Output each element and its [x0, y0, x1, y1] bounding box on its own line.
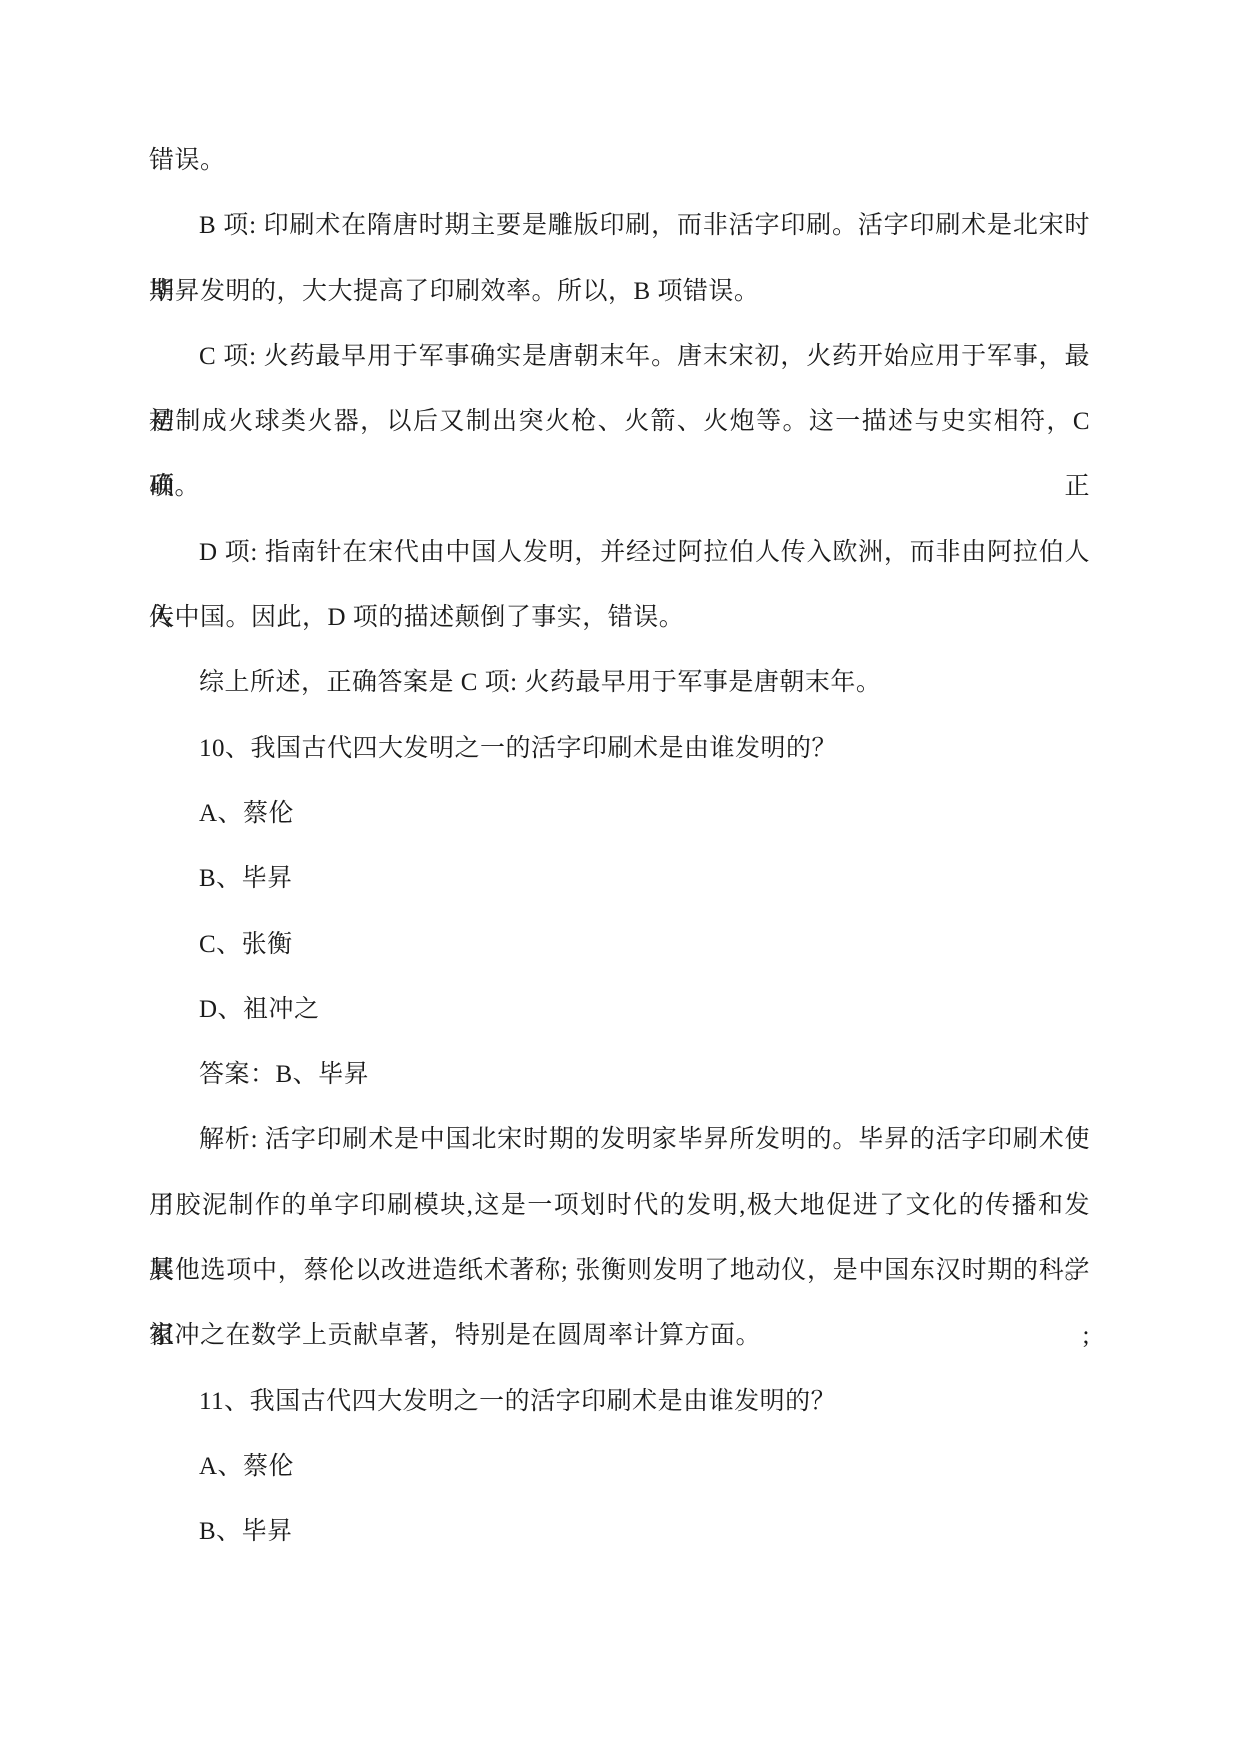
document-text-block: 错误。B 项: 印刷术在隋唐时期主要是雕版印刷，而非活字印刷。活字印刷术是北宋时… [149, 128, 1090, 1565]
text-line: B 项: 印刷术在隋唐时期主要是雕版印刷，而非活字印刷。活字印刷术是北宋时期 [149, 193, 1090, 258]
text-line: B、毕昇 [149, 846, 1090, 911]
text-line: 错误。 [149, 128, 1090, 193]
text-line: B、毕昇 [149, 1499, 1090, 1564]
text-line: 11、我国古代四大发明之一的活字印刷术是由谁发明的？ [149, 1369, 1090, 1434]
text-line: D、祖冲之 [149, 977, 1090, 1042]
text-line: C 项: 火药最早用于军事确实是唐朝末年。唐末宋初，火药开始应用于军事，最初 [149, 324, 1090, 389]
text-line: 入中国。因此，D 项的描述颠倒了事实，错误。 [149, 585, 1090, 650]
text-line: D 项: 指南针在宋代由中国人发明，并经过阿拉伯人传入欧洲，而非由阿拉伯人传 [149, 520, 1090, 585]
text-line: 解析: 活字印刷术是中国北宋时期的发明家毕昇所发明的。毕昇的活字印刷术使用 [149, 1107, 1090, 1172]
text-line: 答案：B、毕昇 [149, 1042, 1090, 1107]
text-line: C、张衡 [149, 912, 1090, 977]
text-line: 综上所述，正确答案是 C 项: 火药最早用于军事是唐朝末年。 [149, 650, 1090, 715]
text-line: 毕昇发明的，大大提高了印刷效率。所以，B 项错误。 [149, 259, 1090, 324]
document-page: 错误。B 项: 印刷术在隋唐时期主要是雕版印刷，而非活字印刷。活字印刷术是北宋时… [0, 0, 1241, 1754]
text-line: 10、我国古代四大发明之一的活字印刷术是由谁发明的？ [149, 716, 1090, 781]
text-line: A、蔡伦 [149, 1434, 1090, 1499]
text-line: 了胶泥制作的单字印刷模块,这是一项划时代的发明,极大地促进了文化的传播和发展。 [149, 1173, 1090, 1238]
text-line: 其他选项中，蔡伦以改进造纸术著称; 张衡则发明了地动仪，是中国东汉时期的科学家; [149, 1238, 1090, 1303]
text-line: 是制成火球类火器，以后又制出突火枪、火箭、火炮等。这一描述与史实相符，C 项正 [149, 389, 1090, 454]
text-line: A、蔡伦 [149, 781, 1090, 846]
